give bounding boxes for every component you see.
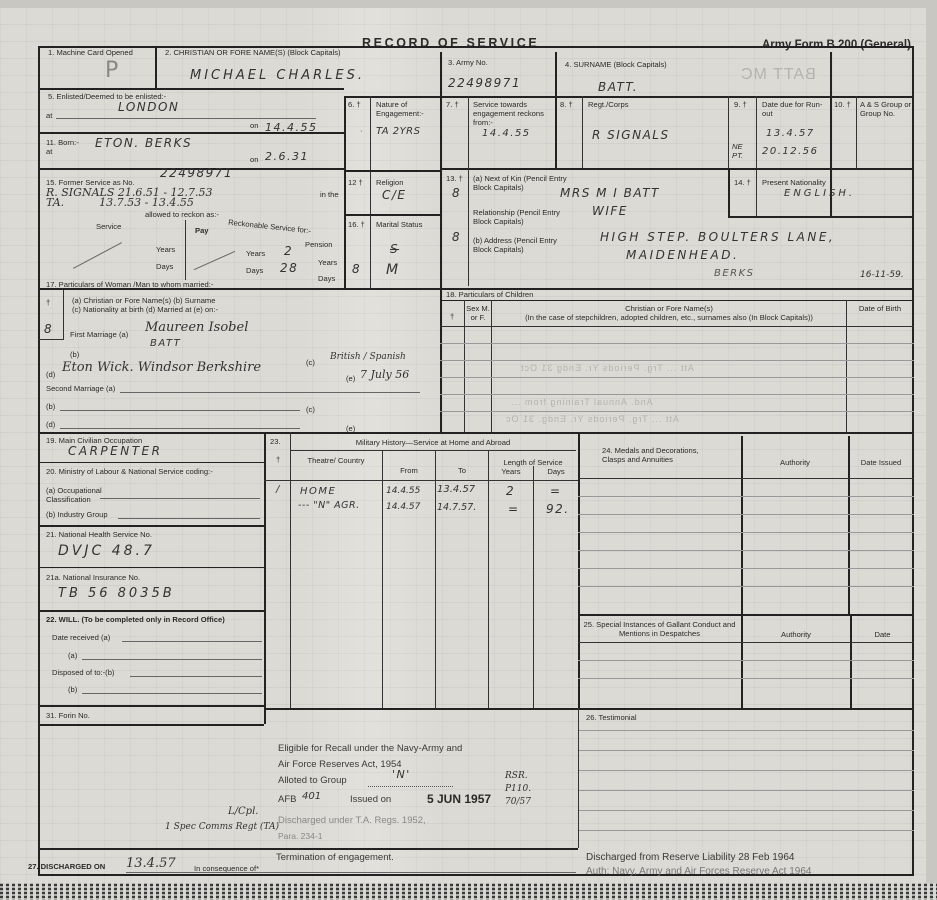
afb-label: AFB [278, 791, 296, 808]
field-5-at-line [56, 118, 316, 119]
field-9-num: 9. † [734, 100, 747, 109]
field-9-value: 13.4.57 [766, 128, 815, 139]
divider [756, 96, 757, 216]
divider [468, 96, 469, 168]
medals-row-line [578, 496, 914, 497]
field-13-rel-value: WIFE [592, 204, 628, 218]
divider [435, 450, 436, 708]
field-8-label: Regt./Corps [588, 100, 629, 109]
field-13-addr-line-1: HIGH STEP. BOULTERS LANE, [600, 230, 835, 244]
divider [555, 52, 557, 96]
field-1-label: 1. Machine Card Opened [48, 48, 133, 57]
field-13-kin-mark: 8 [452, 186, 461, 200]
field-26-label: 26. Testimonial [586, 713, 637, 722]
field-15-pay-days: 28 [280, 261, 298, 275]
field-17-legend-2: (c) Nationality at birth (d) Married at … [72, 305, 218, 314]
recall-stamp-line-2: Air Force Reserves Act, 1954 [278, 756, 402, 773]
field-4-bleed-text: BATT MC [740, 66, 816, 84]
divider [555, 96, 557, 168]
field-8-value: R SIGNALS [592, 128, 670, 142]
field-15-line-2: TA. 13.7.53 - 13.4.55 [46, 196, 194, 209]
field-15-allowed: allowed to reckon as:- [145, 210, 219, 219]
history-row-to: 14.7.57. [437, 502, 476, 513]
field-17-legend-1: (a) Christian or Fore Name(s) (b) Surnam… [72, 296, 215, 305]
field-3-value: 22498971 [448, 76, 521, 90]
divider [370, 96, 371, 288]
field-22-b-line [82, 693, 262, 694]
field-24-authority: Authority [742, 458, 848, 467]
reserve-discharge-stamp: Discharged from Reserve Liability 28 Feb… [586, 852, 794, 863]
field-6-value: TA 2YRS [376, 126, 420, 137]
field-20-label: 20. Ministry of Labour & National Servic… [46, 467, 213, 476]
divider [578, 708, 579, 848]
divider [344, 96, 346, 288]
field-27-consequence-value: Termination of engagement. [276, 849, 394, 866]
history-row-theatre: --- "N" AGR. [298, 500, 360, 511]
field-11-at-label: at [46, 147, 52, 156]
field-17-dagger: † [46, 298, 50, 307]
gallant-row-line [578, 678, 914, 679]
field-23-col-length: Length of Service [489, 458, 577, 467]
divider [846, 300, 847, 432]
field-15-number: 22498971 [160, 166, 233, 180]
row-divider [728, 216, 914, 218]
divider [533, 466, 534, 708]
issued-date-stamp: 5 JUN 1957 [427, 792, 491, 806]
field-18-col-name-sub: (In the case of stepchildren, adopted ch… [492, 313, 846, 322]
field-23-title: Military History—Service at Home and Abr… [290, 438, 576, 447]
allot-value: 'N' [392, 768, 411, 781]
divider [440, 96, 442, 288]
field-14-num: 14. † [734, 178, 751, 187]
row-divider [38, 610, 264, 612]
field-10-label: A & S Group or Group No. [860, 100, 914, 118]
field-13-rel-label: Relationship (Pencil Entry Block Capital… [473, 208, 568, 226]
testimonial-line [578, 770, 914, 771]
field-7-label: Service towards engagement reckons from:… [473, 100, 553, 127]
field-7-value: 14.4.55 [482, 128, 531, 139]
gallant-header-line [578, 642, 914, 643]
children-row-line [440, 360, 914, 361]
field-22-date-label: Date received (a) [52, 633, 110, 642]
field-17-first-b-label: (b) [70, 350, 79, 359]
bleed-row-2: And. Annual Training from ... [510, 397, 653, 407]
field-9-value-2: 20.12.56 [762, 146, 819, 157]
field-27-line [126, 872, 576, 873]
field-25-date: Date [851, 630, 914, 639]
testimonial-line [578, 750, 914, 751]
row-divider [38, 432, 914, 434]
field-23-dagger: † [276, 455, 280, 464]
field-3-label: 3. Army No. [448, 58, 488, 67]
field-17-first-e-label: (e) [346, 374, 355, 383]
field-22-disposed-line [130, 676, 262, 677]
testimonial-line [578, 830, 914, 831]
field-22-date-line [122, 641, 262, 642]
row-divider [38, 88, 344, 90]
field-18-col-name: Christian or Fore Name(s) [492, 304, 846, 313]
rsr-note: RSR. P110. 70/57 [505, 770, 541, 809]
history-row-years: = [508, 502, 520, 516]
background-fabric-texture [0, 883, 937, 900]
field-1-value: P [105, 58, 120, 83]
field-27-label: 27. DISCHARGED ON [28, 862, 105, 871]
field-15-pay-years: 2 [284, 244, 293, 258]
divider [850, 614, 852, 708]
row-divider [344, 170, 440, 172]
field-15-days-label: Days [156, 262, 173, 271]
history-row-years: 2 [506, 484, 515, 498]
field-15-pay-label: Pay [195, 226, 209, 235]
history-row-from: 14.4.55 [386, 486, 420, 496]
field-11-label: 11. Born:- [46, 138, 79, 147]
field-23-num: 23. [270, 437, 281, 446]
field-25-label: 25. Special Instances of Gallant Conduct… [582, 620, 737, 638]
field-5-at-value: LONDON [118, 100, 179, 114]
recall-stamp-line-1: Eligible for Recall under the Navy-Army … [278, 740, 462, 757]
medals-header-line [578, 478, 914, 479]
row-divider [440, 300, 914, 301]
children-header-line [440, 326, 914, 327]
field-16-mark: 8 [352, 262, 361, 276]
field-23-title-line [290, 450, 576, 451]
unit-note-regiment: 1 Spec Comms Regt (TA) [165, 822, 279, 832]
divider [578, 432, 580, 708]
field-25-authority: Authority [742, 630, 850, 639]
field-6-num: 6. † [348, 100, 361, 109]
field-13-addr-mark: 8 [452, 230, 461, 244]
unit-note-rank: L/Cpl. [228, 806, 258, 817]
field-27-value: 13.4.57 [126, 856, 176, 871]
field-12-num: 12 † [348, 178, 363, 187]
field-4-value: BATT. [598, 80, 638, 94]
field-15-pension-label: Pension [305, 240, 332, 249]
divider [440, 52, 442, 96]
row-divider [38, 724, 264, 726]
row-divider [38, 525, 264, 527]
row-divider [344, 214, 440, 216]
field-13-kin-label: (a) Next of Kin (Pencil Entry Block Capi… [473, 174, 568, 192]
field-17-first-c-label: (c) [306, 358, 315, 367]
second-b-line [60, 410, 300, 411]
history-row-mark: / [276, 484, 281, 495]
testimonial-line [578, 730, 914, 731]
bleed-row-3: Att ... Trg. Periods Yr. Endg. 31 Oc [505, 414, 679, 424]
field-8-num: 8. † [560, 100, 573, 109]
field-17-second-d-label: (d) [46, 420, 55, 429]
field-6-marker: · [360, 126, 363, 135]
second-a-line [120, 392, 420, 393]
field-15-pay-years-label: Years [246, 249, 265, 258]
field-13-addr-label: (b) Address (Pencil Entry Block Capitals… [473, 236, 568, 254]
field-13-addr-date: 16-11-59. [860, 270, 904, 280]
field-2-value: MICHAEL CHARLES. [190, 68, 365, 83]
medals-row-line [578, 568, 914, 569]
field-15-years-label: Years [156, 245, 175, 254]
field-23-col-years: Years [489, 467, 533, 476]
second-d-line [60, 428, 300, 429]
field-20-a-label: (a) Occupational Classification [46, 486, 108, 504]
field-15-pension-days-label: Days [318, 274, 335, 283]
field-17-mark: 8 [44, 322, 53, 336]
field-14-value: ENGLISH. [784, 188, 855, 199]
field-21-value: DVJC 48.7 [58, 543, 155, 559]
field-21a-label: 21a. National Insurance No. [46, 573, 140, 582]
field-16-value: M [386, 262, 400, 278]
field-15-pension-years-label: Years [318, 258, 337, 267]
history-header-line [264, 480, 578, 481]
children-row-line [440, 377, 914, 378]
field-17-second-c-label: (c) [306, 405, 315, 414]
field-19-value: CARPENTER [68, 444, 162, 458]
divider [382, 450, 383, 708]
field-22-a-line [82, 659, 262, 660]
reserve-auth-stamp: Auth: Navy, Army and Air Forces Reserve … [586, 866, 811, 877]
history-row-theatre: HOME [300, 486, 336, 497]
field-22-label: 22. WILL. (To be completed only in Recor… [46, 615, 225, 624]
field-17-first-d-label: (d) [46, 370, 55, 379]
field-16-struck-value: S [390, 242, 399, 256]
divider [468, 168, 469, 286]
field-13-num: 13. † [446, 174, 463, 183]
divider [185, 220, 186, 280]
history-row-days: = [550, 484, 562, 498]
field-23-col-days: Days [534, 467, 578, 476]
medals-row-line [578, 514, 914, 515]
field-12-label: Religion [376, 178, 403, 187]
field-17-second-label: Second Marriage (a) [46, 384, 115, 393]
field-18-col-dagger: † [450, 312, 454, 321]
field-22-b-label: (b) [68, 685, 77, 694]
medals-row-line [578, 532, 914, 533]
row-divider [38, 132, 344, 134]
field-17-first-a: Maureen Isobel [145, 320, 248, 335]
field-24-date: Date Issued [849, 458, 913, 467]
row-divider [440, 168, 914, 170]
field-13-addr-line-2: MAIDENHEAD. [626, 248, 739, 262]
ta-regs-stamp: Discharged under T.A. Regs. 1952, [278, 812, 426, 829]
history-row-from: 14.4.57 [386, 502, 420, 512]
testimonial-line [578, 810, 914, 811]
history-row-days: 92. [546, 502, 570, 516]
row-divider [578, 708, 914, 710]
allot-dotted-line [368, 786, 453, 787]
field-2-label: 2. CHRISTIAN OR FORE NAME(S) (Block Capi… [165, 48, 341, 57]
children-row-line [440, 394, 914, 395]
field-18-label: 18. Particulars of Children [446, 290, 533, 299]
field-17-first-e: 7 July 56 [360, 368, 409, 381]
field-6-label: Nature of Engagement:- [376, 100, 436, 118]
row-divider [344, 96, 914, 98]
field-21-label: 21. National Health Service No. [46, 530, 152, 539]
field-21a-value: TB 56 8035B [58, 586, 175, 601]
divider [488, 450, 489, 708]
divider [830, 52, 832, 96]
field-10-num: 10. † [834, 100, 851, 109]
field-13-kin-value: MRS M I BATT [560, 186, 660, 200]
field-5-at-label: at [46, 111, 52, 120]
field-17-first-b: BATT [150, 338, 181, 349]
children-row-line [440, 411, 914, 412]
field-9-label: Date due for Run-out [762, 100, 826, 118]
testimonial-line [578, 790, 914, 791]
field-9-note: NE PT. [732, 142, 752, 160]
row-divider [38, 462, 264, 463]
field-16-label: Marital Status [376, 220, 422, 229]
field-12-value: C/E [382, 188, 407, 202]
field-17-first-c: British / Spanish [330, 352, 406, 362]
field-24-label: 24. Medals and Decorations, Clasps and A… [602, 446, 722, 464]
field-20-b-label: (b) Industry Group [46, 510, 108, 519]
field-11-on-value: 2.6.31 [265, 150, 309, 163]
field-23-col-to: To [436, 466, 488, 475]
field-16-num: 16. † [348, 220, 365, 229]
field-17-second-b-label: (b) [46, 402, 55, 411]
field-20-a-line [100, 498, 260, 499]
row-divider [38, 705, 264, 707]
field-15-pay-days-label: Days [246, 266, 263, 275]
field-11-at-value: ETON. BERKS [95, 136, 192, 150]
field-23-col-theatre: Theatre/ Country [300, 456, 372, 465]
field-23-col-from: From [383, 466, 435, 475]
field-22-a-label: (a) [68, 651, 77, 660]
field-17-first-d: Eton Wick. Windsor Berkshire [62, 360, 261, 375]
row-divider [264, 708, 578, 710]
row-divider [578, 614, 914, 616]
medals-row-line [578, 586, 914, 587]
field-11-on-label: on [250, 155, 258, 164]
divider [741, 614, 743, 708]
field-17-label: 17. Particulars of Woman /Man to whom ma… [46, 280, 213, 289]
field-22-disposed-label: Disposed of to:-(b) [52, 668, 114, 677]
history-row-to: 13.4.57 [437, 484, 475, 495]
field-31-label: 31. Forin No. [46, 711, 90, 720]
para-stamp: Para. 234-1 [278, 828, 322, 845]
field-7-num: 7. † [446, 100, 459, 109]
field-5-on-label: on [250, 121, 258, 130]
field-4-label: 4. SURNAME (Block Capitals) [565, 60, 667, 69]
divider [582, 96, 583, 168]
gallant-row-line [578, 660, 914, 661]
bleed-row-1: Att ... Trg. Periods Yr. Endg 31 Oct [520, 363, 694, 373]
field-13-addr-line-3: BERKS [714, 268, 755, 279]
children-row-line [440, 343, 914, 344]
divider [155, 46, 157, 88]
divider [856, 96, 857, 168]
medals-row-line [578, 550, 914, 551]
field-15-service-label: Service [96, 222, 121, 231]
divider [728, 168, 730, 216]
issued-label: Issued on [350, 791, 391, 808]
field-15-in-the: in the [320, 190, 339, 199]
allot-label: Alloted to Group [278, 772, 347, 789]
divider [290, 432, 291, 708]
field-20-b-line [118, 518, 260, 519]
field-14-label: Present Nationality [762, 178, 826, 187]
divider [264, 432, 266, 724]
row-divider [38, 567, 264, 568]
field-18-col-sex: Sex M. or F. [465, 304, 491, 322]
field-17-first-label: First Marriage (a) [70, 330, 128, 339]
afb-value: 401 [302, 791, 321, 802]
field-18-col-dob: Date of Birth [847, 304, 913, 313]
